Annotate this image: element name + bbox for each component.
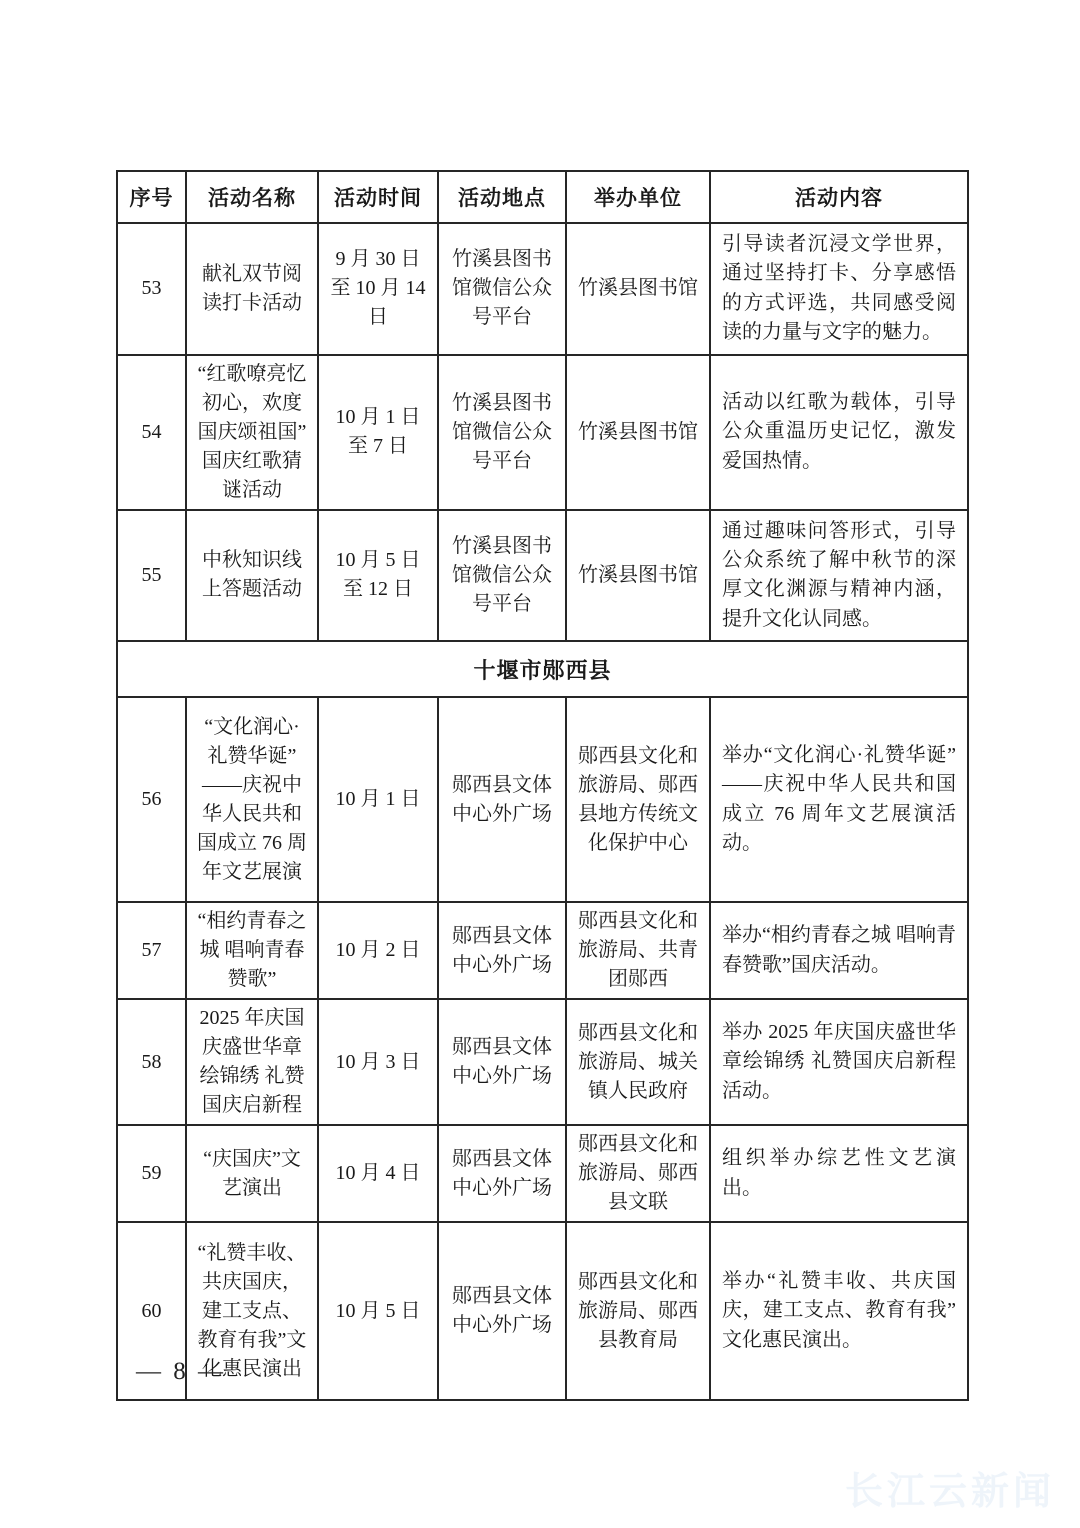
watermark-text: 长江云新闻	[845, 1460, 1055, 1515]
cell-activity-content: 举办“文化润心·礼赞华诞”——庆祝中华人民共和国成立 76 周年文艺展演活动。	[710, 697, 968, 902]
cell-no: 53	[117, 223, 186, 355]
table-header-row: 序号 活动名称 活动时间 活动地点 举办单位 活动内容	[117, 171, 968, 223]
table-row-57: 57 “相约青春之城 唱响青春赞歌” 10 月 2 日 郧西县文体中心外广场 郧…	[117, 902, 968, 999]
cell-activity-time: 10 月 3 日	[318, 999, 438, 1125]
table-row-54: 54 “红歌嘹亮忆初心，欢度国庆颂祖国”国庆红歌猜谜活动 10 月 1 日至 7…	[117, 355, 968, 510]
table-row-59: 59 “庆国庆”文艺演出 10 月 4 日 郧西县文体中心外广场 郧西县文化和旅…	[117, 1125, 968, 1222]
cell-activity-place: 郧西县文体中心外广场	[438, 1222, 566, 1400]
cell-activity-time: 9 月 30 日至 10 月 14 日	[318, 223, 438, 355]
cell-activity-place: 竹溪县图书馆微信公众号平台	[438, 355, 566, 510]
cell-activity-content: 举办“相约青春之城 唱响青春赞歌”国庆活动。	[710, 902, 968, 999]
table-row-60: 60 “礼赞丰收、共庆国庆，建工支点、教育有我”文化惠民演出 10 月 5 日 …	[117, 1222, 968, 1400]
cell-activity-time: 10 月 2 日	[318, 902, 438, 999]
header-cell-name: 活动名称	[186, 171, 318, 223]
cell-organizer: 竹溪县图书馆	[566, 223, 710, 355]
cell-activity-time: 10 月 1 日至 7 日	[318, 355, 438, 510]
cell-activity-place: 竹溪县图书馆微信公众号平台	[438, 510, 566, 642]
cell-organizer: 竹溪县图书馆	[566, 510, 710, 642]
cell-activity-name: “庆国庆”文艺演出	[186, 1125, 318, 1222]
cell-activity-content: 引导读者沉浸文学世界，通过坚持打卡、分享感悟的方式评选，共同感受阅读的力量与文字…	[710, 223, 968, 355]
cell-no: 57	[117, 902, 186, 999]
header-cell-no: 序号	[117, 171, 186, 223]
cell-no: 54	[117, 355, 186, 510]
cell-activity-name: 献礼双节阅读打卡活动	[186, 223, 318, 355]
page-number: — 8 —	[136, 1358, 226, 1386]
cell-activity-time: 10 月 5 日	[318, 1222, 438, 1400]
section-header-row: 十堰市郧西县	[117, 641, 968, 697]
cell-no: 58	[117, 999, 186, 1125]
cell-organizer: 郧西县文化和旅游局、城关镇人民政府	[566, 999, 710, 1125]
cell-activity-place: 郧西县文体中心外广场	[438, 1125, 566, 1222]
table-row-53: 53 献礼双节阅读打卡活动 9 月 30 日至 10 月 14 日 竹溪县图书馆…	[117, 223, 968, 355]
document-page: 序号 活动名称 活动时间 活动地点 举办单位 活动内容 53 献礼双节阅读打卡活…	[0, 0, 1080, 1528]
cell-activity-name: “文化润心·礼赞华诞”——庆祝中华人民共和国成立 76 周年文艺展演	[186, 697, 318, 902]
table-row-56: 56 “文化润心·礼赞华诞”——庆祝中华人民共和国成立 76 周年文艺展演 10…	[117, 697, 968, 902]
cell-activity-content: 举办 2025 年庆国庆盛世华章绘锦绣 礼赞国庆启新程活动。	[710, 999, 968, 1125]
header-cell-organizer: 举办单位	[566, 171, 710, 223]
cell-activity-time: 10 月 5 日至 12 日	[318, 510, 438, 642]
cell-activity-name: “相约青春之城 唱响青春赞歌”	[186, 902, 318, 999]
cell-activity-name: 中秋知识线上答题活动	[186, 510, 318, 642]
activity-schedule-table: 序号 活动名称 活动时间 活动地点 举办单位 活动内容 53 献礼双节阅读打卡活…	[116, 170, 969, 1401]
cell-organizer: 郧西县文化和旅游局、共青团郧西	[566, 902, 710, 999]
cell-no: 55	[117, 510, 186, 642]
cell-organizer: 郧西县文化和旅游局、郧西县地方传统文化保护中心	[566, 697, 710, 902]
section-header-label: 十堰市郧西县	[117, 641, 968, 697]
table-row-55: 55 中秋知识线上答题活动 10 月 5 日至 12 日 竹溪县图书馆微信公众号…	[117, 510, 968, 642]
cell-activity-name: 2025 年庆国庆盛世华章绘锦绣 礼赞国庆启新程	[186, 999, 318, 1125]
cell-activity-place: 郧西县文体中心外广场	[438, 999, 566, 1125]
cell-no: 56	[117, 697, 186, 902]
header-cell-place: 活动地点	[438, 171, 566, 223]
header-cell-time: 活动时间	[318, 171, 438, 223]
cell-activity-content: 组织举办综艺性文艺演出。	[710, 1125, 968, 1222]
cell-activity-place: 郧西县文体中心外广场	[438, 902, 566, 999]
cell-activity-place: 郧西县文体中心外广场	[438, 697, 566, 902]
cell-activity-place: 竹溪县图书馆微信公众号平台	[438, 223, 566, 355]
cell-activity-time: 10 月 1 日	[318, 697, 438, 902]
cell-no: 59	[117, 1125, 186, 1222]
cell-activity-name: “红歌嘹亮忆初心，欢度国庆颂祖国”国庆红歌猜谜活动	[186, 355, 318, 510]
cell-organizer: 竹溪县图书馆	[566, 355, 710, 510]
cell-activity-content: 通过趣味问答形式，引导公众系统了解中秋节的深厚文化渊源与精神内涵，提升文化认同感…	[710, 510, 968, 642]
cell-activity-time: 10 月 4 日	[318, 1125, 438, 1222]
table-row-58: 58 2025 年庆国庆盛世华章绘锦绣 礼赞国庆启新程 10 月 3 日 郧西县…	[117, 999, 968, 1125]
header-cell-content: 活动内容	[710, 171, 968, 223]
cell-organizer: 郧西县文化和旅游局、郧西县教育局	[566, 1222, 710, 1400]
cell-organizer: 郧西县文化和旅游局、郧西县文联	[566, 1125, 710, 1222]
cell-activity-content: 活动以红歌为载体，引导公众重温历史记忆，激发爱国热情。	[710, 355, 968, 510]
cell-activity-content: 举办“礼赞丰收、共庆国庆，建工支点、教育有我”文化惠民演出。	[710, 1222, 968, 1400]
